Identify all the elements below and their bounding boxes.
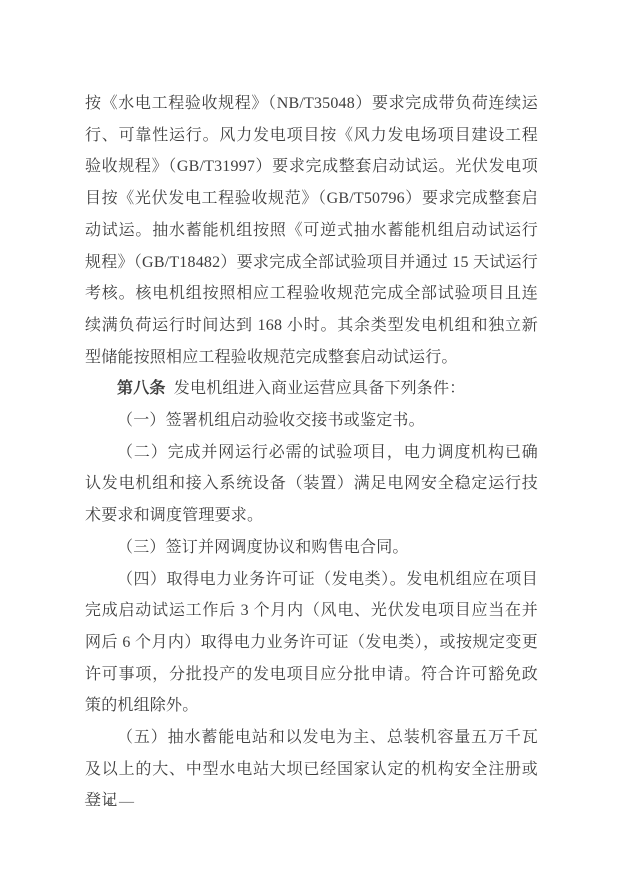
article-number: 第八条: [117, 380, 166, 397]
paragraph: 第八条 发电机组进入商业运营应具备下列条件：: [85, 373, 538, 405]
page-footer: — 4 —: [85, 793, 135, 811]
paragraph: （一）签署机组启动验收交接书或鉴定书。: [85, 405, 538, 437]
paragraph: （三）签订并网调度协议和购售电合同。: [85, 532, 538, 564]
paragraph: （五）抽水蓄能电站和以发电为主、总装机容量五万千瓦及以上的大、中型水电站大坝已经…: [85, 722, 538, 817]
document-body: 按《水电工程验收规程》（NB/T35048）要求完成带负荷连续运行、可靠性运行。…: [85, 88, 538, 817]
document-page: 按《水电工程验收规程》（NB/T35048）要求完成带负荷连续运行、可靠性运行。…: [0, 0, 620, 877]
page-number: — 4 —: [85, 794, 135, 810]
paragraph: （四）取得电力业务许可证（发电类）。发电机组应在项目完成启动试运工作后 3 个月…: [85, 564, 538, 723]
paragraph: 按《水电工程验收规程》（NB/T35048）要求完成带负荷连续运行、可靠性运行。…: [85, 88, 538, 373]
paragraph: （二）完成并网运行必需的试验项目，电力调度机构已确认发电机组和接入系统设备（装置…: [85, 437, 538, 532]
